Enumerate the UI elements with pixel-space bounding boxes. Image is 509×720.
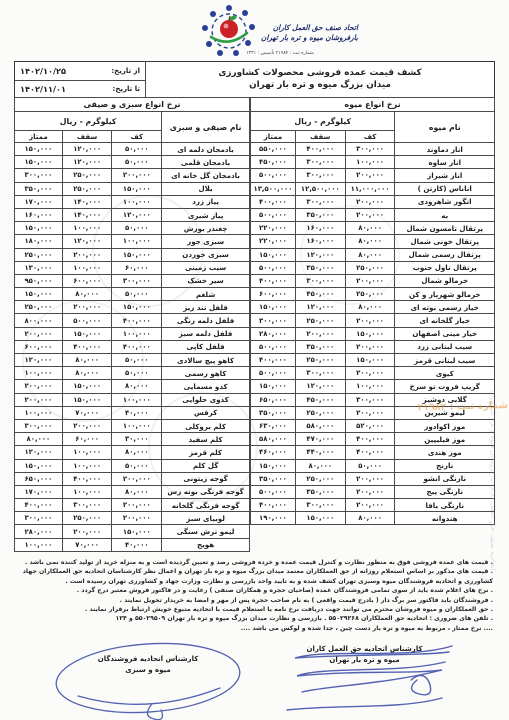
item-name: کلم قرمز xyxy=(162,446,250,459)
item-name: نارنگی پیج xyxy=(395,485,495,498)
table-row: بادمجان گل خانه ای۲۰۰,۰۰۰۲۵۰,۰۰۰۳۰۰,۰۰۰ xyxy=(15,169,250,182)
premium-price: ۴۰۰,۰۰۰ xyxy=(15,499,63,512)
table-row: گریپ فروت تو سرخ۱۰۰,۰۰۰۱۲۰,۰۰۰۱۵۰,۰۰۰ xyxy=(251,380,495,393)
item-name: گوجه زیتونی xyxy=(162,472,250,485)
footnote-line: . حق العملکاران و میوه فروشان محترم می ت… xyxy=(15,605,493,614)
ceiling-price: ۷۰,۰۰۰ xyxy=(62,538,112,551)
ceiling-price: ۳۰۰,۰۰۰ xyxy=(295,499,345,512)
table-row: لوبیای سبز۲۰۰,۰۰۰۲۵۰,۰۰۰۳۰۰,۰۰۰ xyxy=(15,512,250,525)
premium-price: ۲۸۰,۰۰۰ xyxy=(15,525,63,538)
ceiling-price: ۲۰۰,۰۰۰ xyxy=(62,248,112,261)
premium-price: ۵۰۰,۰۰۰ xyxy=(251,367,296,380)
ceiling-price: ۳۵۰,۰۰۰ xyxy=(295,261,345,274)
floor-price: ۱۵۰,۰۰۰ xyxy=(112,182,162,195)
premium-price: ۴۰۰,۰۰۰ xyxy=(251,274,296,287)
ceiling-price: ۱۴۰,۰۰۰ xyxy=(62,208,112,221)
ceiling-price: ۱۲۰,۰۰۰ xyxy=(62,143,112,156)
floor-price: ۲۰۰,۰۰۰ xyxy=(345,340,395,353)
item-name: چغندر بورش xyxy=(162,222,250,235)
ceiling-column-header: سقف xyxy=(62,131,112,143)
floor-price: ۱۵۰,۰۰۰ xyxy=(345,327,395,340)
ceiling-price: ۱۰۰,۰۰۰ xyxy=(62,222,112,235)
premium-price: ۲۰۰,۰۰۰ xyxy=(15,380,63,393)
item-name: نارنگی یافا xyxy=(395,499,495,512)
table-row: نارنگی انشو۲۰۰,۰۰۰۲۵۰,۰۰۰۳۵۰,۰۰۰ xyxy=(251,472,495,485)
premium-price: ۲۰۰,۰۰۰ xyxy=(15,393,63,406)
item-name: خرمالو شهریار و کن xyxy=(395,288,495,301)
union-registration-line: شماره ثبت : ۲۱۹۸۴ تأسیس : ۱۳۳۱ xyxy=(202,51,358,56)
floor-price: ۱۰۰,۰۰۰ xyxy=(112,195,162,208)
ceiling-price: ۱۰۰,۰۰۰ xyxy=(62,261,112,274)
item-name: کاهو رسمی xyxy=(162,367,250,380)
premium-price: ۱۸۰,۰۰۰ xyxy=(15,235,63,248)
floor-price: ۱۰۰,۰۰۰ xyxy=(112,327,162,340)
premium-price: ۶۵۰,۰۰۰ xyxy=(15,472,63,485)
premium-price: ۲۵۰,۰۰۰ xyxy=(15,248,63,261)
item-name: پیاز زرد xyxy=(162,195,250,208)
table-row: کاهو رسمی۵۰,۰۰۰۸۰,۰۰۰۱۰۰,۰۰۰ xyxy=(15,367,250,380)
ceiling-price: ۳۰۰,۰۰۰ xyxy=(62,499,112,512)
floor-price: ۴۰۰,۰۰۰ xyxy=(112,314,162,327)
ceiling-price: ۱۲۰,۰۰۰ xyxy=(62,156,112,169)
to-date-value: ۱۴۰۲/۱۱/۰۱ xyxy=(20,84,66,94)
premium-column-header: ممتاز xyxy=(251,131,296,143)
ceiling-price: ۳۰۰,۰۰۰ xyxy=(295,367,345,380)
signature-scribble xyxy=(48,640,248,720)
unit-header: کیلوگرم - ریال xyxy=(251,112,395,131)
item-name: گوجه فرنگی گلخانه xyxy=(162,499,250,512)
ceiling-price: ۲۵۰,۰۰۰ xyxy=(62,169,112,182)
ceiling-price: ۱۲,۵۰۰,۰۰۰ xyxy=(295,182,345,195)
table-row: انار دماوند۳۰۰,۰۰۰۴۰۰,۰۰۰۵۵۰,۰۰۰ xyxy=(251,143,495,156)
table-row: لیمو ترش سنگی۱۵۰,۰۰۰۲۰۰,۰۰۰۲۸۰,۰۰۰ xyxy=(15,525,250,538)
premium-price: ۱۶۰,۰۰۰ xyxy=(15,208,63,221)
premium-price: ۱۲۰,۰۰۰ xyxy=(15,354,63,367)
item-name: هندوانه xyxy=(395,512,495,525)
ceiling-price: ۲۰۰,۰۰۰ xyxy=(62,301,112,314)
document-header: کشف قیمت عمده فروشی محصولات کشاورزی میدا… xyxy=(14,61,495,98)
premium-price: ۱۵۰,۰۰۰ xyxy=(15,143,63,156)
item-name: لوبیای سبز xyxy=(162,512,250,525)
ceiling-price: ۴۰۰,۰۰۰ xyxy=(62,340,112,353)
date-range: از تاریخ: ۱۴۰۲/۱۰/۲۵ تا تاریخ: ۱۴۰۲/۱۱/۰… xyxy=(15,62,145,97)
premium-price: ۳۰۰,۰۰۰ xyxy=(251,314,296,327)
ceiling-price: ۴۴۰,۰۰۰ xyxy=(295,446,345,459)
from-date-value: ۱۴۰۲/۱۰/۲۵ xyxy=(20,66,66,76)
ceiling-price: ۲۵۰,۰۰۰ xyxy=(295,354,345,367)
table-row: انگور شاهرودی۲۰۰,۰۰۰۳۰۰,۰۰۰۴۰۰,۰۰۰ xyxy=(251,195,495,208)
floor-price: ۴۰,۰۰۰ xyxy=(112,406,162,419)
to-date-row: تا تاریخ: ۱۴۰۲/۱۱/۰۱ xyxy=(15,80,145,98)
floor-price: ۲۰۰,۰۰۰ xyxy=(345,274,395,287)
floor-price: ۵۰,۰۰۰ xyxy=(345,459,395,472)
floor-price: ۴۰,۰۰۰ xyxy=(112,538,162,551)
floor-price: ۳۰۰,۰۰۰ xyxy=(112,274,162,287)
table-row: گلابی دوشیز۳۰۰,۰۰۰۴۵۰,۰۰۰۶۵۰,۰۰۰ xyxy=(251,393,495,406)
floor-price: ۱۵۰,۰۰۰ xyxy=(112,525,162,538)
premium-price: ۵۸۰,۰۰۰ xyxy=(251,433,296,446)
item-name: خیار رسمی بوته ای xyxy=(395,301,495,314)
floor-price: ۲۰۰,۰۰۰ xyxy=(112,169,162,182)
item-name: کدو مسمایی xyxy=(162,380,250,393)
premium-price: ۱۹۰,۰۰۰ xyxy=(251,512,296,525)
footnote-line: . تلفن های ضروری : اتحادیه حق العملکاران… xyxy=(15,614,493,623)
item-name: پرتقال رسمی شمال xyxy=(395,248,495,261)
floor-price: ۱۲۰,۰۰۰ xyxy=(112,208,162,221)
table-row: گوجه فرنگی بوته رس۸۰,۰۰۰۱۰۰,۰۰۰۱۷۰,۰۰۰ xyxy=(15,485,250,498)
item-name: نارنگی انشو xyxy=(395,472,495,485)
floor-price: ۴۰۰,۰۰۰ xyxy=(112,340,162,353)
signature-title-line1: کارشناس اتحادیه فروشندگان xyxy=(48,654,248,665)
item-name: گریپ فروت تو سرخ xyxy=(395,380,495,393)
ceiling-price: ۱۰۰,۰۰۰ xyxy=(62,446,112,459)
floor-column-header: کف xyxy=(345,131,395,143)
floor-price: ۲۰۰,۰۰۰ xyxy=(345,367,395,380)
ceiling-price: ۲۰۰,۰۰۰ xyxy=(62,419,112,432)
ceiling-price: ۳۰۰,۰۰۰ xyxy=(295,195,345,208)
floor-price: ۲۰۰,۰۰۰ xyxy=(345,499,395,512)
item-name: موز فیلیپین xyxy=(395,433,495,446)
ceiling-price: ۴۵۰,۰۰۰ xyxy=(295,288,345,301)
floor-price: ۳۰,۰۰۰ xyxy=(112,433,162,446)
item-name: پرتقال تامسون شمال xyxy=(395,222,495,235)
section-title: نرخ انواع میوه xyxy=(251,98,495,112)
table-row: شلغم۵۰,۰۰۰۸۰,۰۰۰۱۵۰,۰۰۰ xyxy=(15,288,250,301)
item-name: به xyxy=(395,208,495,221)
ceiling-price: ۸۰,۰۰۰ xyxy=(295,459,345,472)
item-name: فلفل کاپی xyxy=(162,340,250,353)
floor-price: ۲۰۰,۰۰۰ xyxy=(345,208,395,221)
floor-price: ۱۰۰,۰۰۰ xyxy=(112,235,162,248)
premium-price: ۵۰۰,۰۰۰ xyxy=(251,485,296,498)
item-name: بادمجان قلمی xyxy=(162,156,250,169)
floor-price: ۱۰۰,۰۰۰ xyxy=(345,156,395,169)
table-row: کدوی حلوایی۱۰۰,۰۰۰۱۵۰,۰۰۰۲۰۰,۰۰۰ xyxy=(15,393,250,406)
table-row: پرتقال تامسون شمال۸۰,۰۰۰۱۶۰,۰۰۰۲۲۰,۰۰۰ xyxy=(251,222,495,235)
table-row: پیاز شیری۱۲۰,۰۰۰۱۴۰,۰۰۰۱۶۰,۰۰۰ xyxy=(15,208,250,221)
floor-price: ۱۰۰,۰۰۰ xyxy=(112,419,162,432)
title-line1: کشف قیمت عمده فروشی محصولات کشاورزی xyxy=(218,68,421,80)
table-row: پرتقال ناول جنوب۲۵۰,۰۰۰۳۵۰,۰۰۰۵۰۰,۰۰۰ xyxy=(251,261,495,274)
premium-price: ۲۰۰,۰۰۰ xyxy=(15,327,63,340)
premium-price: ۱۵۰,۰۰۰ xyxy=(15,222,63,235)
unit-header: کیلوگرم - ریال xyxy=(15,112,162,131)
ceiling-price: ۳۵۰,۰۰۰ xyxy=(295,340,345,353)
premium-price: ۱۳,۵۰۰,۰۰۰ xyxy=(251,182,296,195)
item-name: اناناس (کارتن ) xyxy=(395,182,495,195)
item-name: بادمجان دلمه ای xyxy=(162,143,250,156)
table-row: بادمجان قلمی۵۰,۰۰۰۱۲۰,۰۰۰۱۵۰,۰۰۰ xyxy=(15,156,250,169)
ceiling-price: ۴۵۰,۰۰۰ xyxy=(295,393,345,406)
premium-price: ۵۰۰,۰۰۰ xyxy=(251,340,296,353)
floor-price: ۱۰۰,۰۰۰ xyxy=(112,393,162,406)
union-name-line1: اتحاد صنف حق العمل کاران xyxy=(261,23,358,33)
item-name: سبزی خوردن xyxy=(162,248,250,261)
ceiling-price: ۶۰۰,۰۰۰ xyxy=(62,274,112,287)
item-name: انار ساوه xyxy=(395,156,495,169)
floor-price: ۲۵۰,۰۰۰ xyxy=(345,261,395,274)
premium-price: ۶۰۰,۰۰۰ xyxy=(15,340,63,353)
floor-price: ۵۰,۰۰۰ xyxy=(112,459,162,472)
ceiling-price: ۱۲۰,۰۰۰ xyxy=(295,301,345,314)
signature-title-line2: میوه و سبزی xyxy=(48,665,248,676)
floor-price: ۵۰,۰۰۰ xyxy=(112,354,162,367)
table-row: هویج۴۰,۰۰۰۷۰,۰۰۰۱۰۰,۰۰۰ xyxy=(15,538,250,551)
from-date-row: از تاریخ: ۱۴۰۲/۱۰/۲۵ xyxy=(15,62,145,80)
premium-price: ۲۵۰,۰۰۰ xyxy=(15,301,63,314)
table-row: سیر خشک۳۰۰,۰۰۰۶۰۰,۰۰۰۹۵۰,۰۰۰ xyxy=(15,274,250,287)
item-name: کدوی حلوایی xyxy=(162,393,250,406)
ceiling-price: ۱۲۰,۰۰۰ xyxy=(295,248,345,261)
footnote-line: . قیمت های عمده فروشی فوق به منظور نظارت… xyxy=(15,558,493,567)
table-row: به۲۰۰,۰۰۰۳۵۰,۰۰۰۵۰۰,۰۰۰ xyxy=(251,208,495,221)
premium-price: ۱۷۰,۰۰۰ xyxy=(15,195,63,208)
item-name: فلفل تند ریز xyxy=(162,301,250,314)
floor-price: ۳۰۰,۰۰۰ xyxy=(345,393,395,406)
union-name-line2: بارفروشان میوه و تره بار تهران xyxy=(261,33,358,43)
table-row: انار شیراز۲۰۰,۰۰۰۳۰۰,۰۰۰۵۰۰,۰۰۰ xyxy=(251,169,495,182)
table-row: فلفل کاپی۴۰۰,۰۰۰۴۰۰,۰۰۰۶۰۰,۰۰۰ xyxy=(15,340,250,353)
ceiling-price: ۱۶۰,۰۰۰ xyxy=(295,222,345,235)
ceiling-price: ۴۰۰,۰۰۰ xyxy=(62,472,112,485)
premium-price: ۱۰۰,۰۰۰ xyxy=(15,538,63,551)
item-name: موز اکوادور xyxy=(395,419,495,432)
ceiling-price: ۱۲۰,۰۰۰ xyxy=(62,235,112,248)
premium-price: ۴۰۰,۰۰۰ xyxy=(251,195,296,208)
ceiling-price: ۱۵۰,۰۰۰ xyxy=(62,327,112,340)
vegetable-price-table: نرخ انواع سبزی و صیفینام صیفی و سبزیکیلو… xyxy=(14,97,250,552)
ceiling-price: ۱۴۰,۰۰۰ xyxy=(62,195,112,208)
item-name: پیاز شیری xyxy=(162,208,250,221)
table-row: نارنگی پیج۲۰۰,۰۰۰۳۵۰,۰۰۰۵۰۰,۰۰۰ xyxy=(251,485,495,498)
table-row: گوجه فرنگی گلخانه۲۰۰,۰۰۰۳۰۰,۰۰۰۴۰۰,۰۰۰ xyxy=(15,499,250,512)
item-name: سبزی جور xyxy=(162,235,250,248)
item-name: فلفل دلمه سبز xyxy=(162,327,250,340)
premium-price: ۱۲۰,۰۰۰ xyxy=(15,446,63,459)
table-row: بادمجان دلمه ای۵۰,۰۰۰۱۲۰,۰۰۰۱۵۰,۰۰۰ xyxy=(15,143,250,156)
ceiling-price: ۳۵۰,۰۰۰ xyxy=(295,208,345,221)
floor-price: ۸۰,۰۰۰ xyxy=(345,235,395,248)
floor-price: ۲۰۰,۰۰۰ xyxy=(112,499,162,512)
ceiling-price: ۴۷۰,۰۰۰ xyxy=(295,433,345,446)
ceiling-price: ۵۸۰,۰۰۰ xyxy=(295,419,345,432)
premium-price: ۵۰۰,۰۰۰ xyxy=(251,208,296,221)
footnote-line: .... نرخ ممتاز ، مربوط به میوه و تره بار… xyxy=(15,624,493,633)
premium-price: ۴۰۰,۰۰۰ xyxy=(251,354,296,367)
footnotes: . قیمت های عمده فروشی فوق به منظور نظارت… xyxy=(15,558,493,633)
name-column-header: نام صیفی و سبزی xyxy=(162,112,250,143)
table-row: گوجه زیتونی۲۰۰,۰۰۰۴۰۰,۰۰۰۶۵۰,۰۰۰ xyxy=(15,472,250,485)
premium-price: ۱۵۰,۰۰۰ xyxy=(15,156,63,169)
table-row: سبزی خوردن۱۵۰,۰۰۰۲۰۰,۰۰۰۲۵۰,۰۰۰ xyxy=(15,248,250,261)
item-name: انگور شاهرودی xyxy=(395,195,495,208)
table-row: خیار مینی اصفهان۱۵۰,۰۰۰۲۰۰,۰۰۰۲۸۰,۰۰۰ xyxy=(251,327,495,340)
premium-price: ۴۶۰,۰۰۰ xyxy=(251,446,296,459)
floor-price: ۴۰۰,۰۰۰ xyxy=(345,446,395,459)
item-name: گلابی دوشیز xyxy=(395,393,495,406)
ceiling-price: ۱۰۰,۰۰۰ xyxy=(62,459,112,472)
table-row: هندوانه۸۰,۰۰۰۱۵۰,۰۰۰۱۹۰,۰۰۰ xyxy=(251,512,495,525)
footnote-line: . قیمت های مذکور بر اساس استعلام روزانه … xyxy=(15,567,493,586)
item-name: شلغم xyxy=(162,288,250,301)
table-row: موز هندی۴۰۰,۰۰۰۴۴۰,۰۰۰۴۶۰,۰۰۰ xyxy=(251,446,495,459)
table-row: فلفل دلمه رنگی۴۰۰,۰۰۰۵۰۰,۰۰۰۸۰۰,۰۰۰ xyxy=(15,314,250,327)
ceiling-price: ۵۰۰,۰۰۰ xyxy=(62,314,112,327)
floor-price: ۸۰,۰۰۰ xyxy=(345,301,395,314)
item-name: انار دماوند xyxy=(395,143,495,156)
premium-price: ۱۰۰,۰۰۰ xyxy=(15,367,63,380)
premium-price: ۲۲۰,۰۰۰ xyxy=(251,222,296,235)
premium-price: ۳۵۰,۰۰۰ xyxy=(251,406,296,419)
table-row: لیمو شیرین۲۰۰,۰۰۰۲۵۰,۰۰۰۳۵۰,۰۰۰ xyxy=(251,406,495,419)
ceiling-price: ۳۰۰,۰۰۰ xyxy=(295,274,345,287)
fruit-price-table: نرخ انواع میوهنام میوهکیلوگرم - ریالکفسق… xyxy=(250,97,495,525)
footnote-line: . فروشندگان باید فاکتور سر برگ دار ( باد… xyxy=(15,596,493,605)
ceiling-price: ۸۰,۰۰۰ xyxy=(62,367,112,380)
item-name: کرفس xyxy=(162,406,250,419)
premium-price: ۸۰,۰۰۰ xyxy=(15,433,63,446)
floor-price: ۲۰۰,۰۰۰ xyxy=(345,195,395,208)
premium-price: ۹۵۰,۰۰۰ xyxy=(15,274,63,287)
signature-title-line2: میوه و تره بار تهران xyxy=(252,655,477,666)
premium-price: ۱۵۰,۰۰۰ xyxy=(15,459,63,472)
title-line2: میدان بزرگ میوه و تره بار تهران xyxy=(249,80,391,92)
to-date-label: تا تاریخ: xyxy=(113,85,140,93)
table-row: سیب زمینی۶۰,۰۰۰۱۰۰,۰۰۰۱۳۰,۰۰۰ xyxy=(15,261,250,274)
document-title: کشف قیمت عمده فروشی محصولات کشاورزی میدا… xyxy=(145,62,494,97)
premium-price: ۵۰۰,۰۰۰ xyxy=(251,169,296,182)
floor-price: ۱۵۰,۰۰۰ xyxy=(345,354,395,367)
item-name: گوجه فرنگی بوته رس xyxy=(162,485,250,498)
table-row: موز اکوادور۵۲۰,۰۰۰۵۸۰,۰۰۰۶۳۰,۰۰۰ xyxy=(251,419,495,432)
premium-price: ۲۲۰,۰۰۰ xyxy=(251,235,296,248)
table-row: سیب لبنانی قرمز۱۵۰,۰۰۰۲۵۰,۰۰۰۴۰۰,۰۰۰ xyxy=(251,354,495,367)
table-row: کیوی۲۰۰,۰۰۰۳۰۰,۰۰۰۵۰۰,۰۰۰ xyxy=(251,367,495,380)
floor-price: ۸۰,۰۰۰ xyxy=(112,446,162,459)
floor-column-header: کف xyxy=(112,131,162,143)
premium-price: ۳۰۰,۰۰۰ xyxy=(15,512,63,525)
item-name: سیر خشک xyxy=(162,274,250,287)
premium-price: ۴۰۰,۰۰۰ xyxy=(251,499,296,512)
premium-column-header: ممتاز xyxy=(15,131,63,143)
floor-price: ۱۵۰,۰۰۰ xyxy=(112,248,162,261)
ceiling-column-header: سقف xyxy=(295,131,345,143)
table-row: انار ساوه۱۰۰,۰۰۰۳۰۰,۰۰۰۴۵۰,۰۰۰ xyxy=(251,156,495,169)
signature-block-sellers-union: کارشناس اتحادیه فروشندگان میوه و سبزی xyxy=(48,654,248,676)
floor-price: ۸۰,۰۰۰ xyxy=(112,380,162,393)
floor-price: ۲۰۰,۰۰۰ xyxy=(345,406,395,419)
table-row: خیار رسمی بوته ای۸۰,۰۰۰۱۲۰,۰۰۰۱۵۰,۰۰۰ xyxy=(251,301,495,314)
table-row: خرمالو شهریار و کن۲۵۰,۰۰۰۴۵۰,۰۰۰۶۰۰,۰۰۰ xyxy=(251,288,495,301)
ceiling-price: ۱۵۰,۰۰۰ xyxy=(62,393,112,406)
footnote-line: . نرخ های اعلام شده باید از سوی تمامی فر… xyxy=(15,586,493,595)
item-name: سیب لبنانی زرد xyxy=(395,340,495,353)
ceiling-price: ۲۵۰,۰۰۰ xyxy=(62,512,112,525)
ceiling-price: ۳۰۰,۰۰۰ xyxy=(295,169,345,182)
floor-price: ۸۰,۰۰۰ xyxy=(345,248,395,261)
ceiling-price: ۱۵۰,۰۰۰ xyxy=(62,380,112,393)
premium-price: ۴۵۰,۰۰۰ xyxy=(251,156,296,169)
premium-price: ۶۵۰,۰۰۰ xyxy=(251,393,296,406)
ceiling-price: ۳۵۰,۰۰۰ xyxy=(295,485,345,498)
table-row: فلفل دلمه سبز۱۰۰,۰۰۰۱۵۰,۰۰۰۲۰۰,۰۰۰ xyxy=(15,327,250,340)
floor-price: ۲۰۰,۰۰۰ xyxy=(112,472,162,485)
floor-price: ۵۰,۰۰۰ xyxy=(112,288,162,301)
table-row: گل کلم۵۰,۰۰۰۱۰۰,۰۰۰۱۵۰,۰۰۰ xyxy=(15,459,250,472)
item-name: کلم بروکلی xyxy=(162,419,250,432)
section-title: نرخ انواع سبزی و صیفی xyxy=(15,98,250,112)
premium-price: ۱۳۰,۰۰۰ xyxy=(15,261,63,274)
premium-price: ۱۵۰,۰۰۰ xyxy=(251,301,296,314)
name-column-header: نام میوه xyxy=(395,112,495,143)
floor-price: ۲۰۰,۰۰۰ xyxy=(345,485,395,498)
premium-price: ۳۵۰,۰۰۰ xyxy=(251,472,296,485)
item-name: هویج xyxy=(162,538,250,551)
floor-price: ۶۰,۰۰۰ xyxy=(112,261,162,274)
table-row: پرتقال خونی شمال۸۰,۰۰۰۱۶۰,۰۰۰۲۲۰,۰۰۰ xyxy=(251,235,495,248)
item-name: خیار گلخانه ای xyxy=(395,314,495,327)
table-row: چغندر بورش۵۰,۰۰۰۱۰۰,۰۰۰۱۵۰,۰۰۰ xyxy=(15,222,250,235)
ceiling-price: ۲۰۰,۰۰۰ xyxy=(62,525,112,538)
item-name: بلال xyxy=(162,182,250,195)
table-row: کاهو پیچ سالادی۵۰,۰۰۰۸۰,۰۰۰۱۲۰,۰۰۰ xyxy=(15,354,250,367)
item-name: بادمجان گل خانه ای xyxy=(162,169,250,182)
premium-price: ۳۰۰,۰۰۰ xyxy=(15,169,63,182)
item-name: سیب لبنانی قرمز xyxy=(395,354,495,367)
item-name: پرتقال خونی شمال xyxy=(395,235,495,248)
item-name: کاهو پیچ سالادی xyxy=(162,354,250,367)
item-name: فلفل دلمه رنگی xyxy=(162,314,250,327)
table-row: اناناس (کارتن )۱۱,۰۰۰,۰۰۰۱۲,۵۰۰,۰۰۰۱۳,۵۰… xyxy=(251,182,495,195)
floor-price: ۲۰۰,۰۰۰ xyxy=(345,472,395,485)
ceiling-price: ۲۰۰,۰۰۰ xyxy=(295,327,345,340)
item-name: نارنج xyxy=(395,459,495,472)
item-name: لیمو ترش سنگی xyxy=(162,525,250,538)
premium-price: ۵۵۰,۰۰۰ xyxy=(251,143,296,156)
premium-price: ۱۵۰,۰۰۰ xyxy=(251,459,296,472)
table-row: نارنج۵۰,۰۰۰۸۰,۰۰۰۱۵۰,۰۰۰ xyxy=(251,459,495,472)
table-row: کلم بروکلی۱۰۰,۰۰۰۲۰۰,۰۰۰۳۰۰,۰۰۰ xyxy=(15,419,250,432)
floor-price: ۸۰,۰۰۰ xyxy=(112,485,162,498)
table-row: خیار گلخانه ای۲۰۰,۰۰۰۲۵۰,۰۰۰۳۰۰,۰۰۰ xyxy=(251,314,495,327)
ceiling-price: ۲۵۰,۰۰۰ xyxy=(295,472,345,485)
item-name: کلم سفید xyxy=(162,433,250,446)
ceiling-price: ۶۰,۰۰۰ xyxy=(62,433,112,446)
premium-price: ۸۰۰,۰۰۰ xyxy=(15,314,63,327)
table-row: کرفس۴۰,۰۰۰۷۰,۰۰۰۱۰۰,۰۰۰ xyxy=(15,406,250,419)
item-name: لیمو شیرین xyxy=(395,406,495,419)
item-name: گل کلم xyxy=(162,459,250,472)
item-name: انار شیراز xyxy=(395,169,495,182)
item-name: پرتقال ناول جنوب xyxy=(395,261,495,274)
signature-title-line1: کارشناس اتحادیه حق العمل کاران xyxy=(252,644,477,655)
ceiling-price: ۴۰۰,۰۰۰ xyxy=(295,143,345,156)
item-name: خیار مینی اصفهان xyxy=(395,327,495,340)
table-row: موز فیلیپین۴۰۰,۰۰۰۴۷۰,۰۰۰۵۸۰,۰۰۰ xyxy=(251,433,495,446)
floor-price: ۵۲۰,۰۰۰ xyxy=(345,419,395,432)
item-name: موز هندی xyxy=(395,446,495,459)
ceiling-price: ۱۲۰,۰۰۰ xyxy=(295,380,345,393)
premium-price: ۳۰۰,۰۰۰ xyxy=(15,419,63,432)
table-row: کلم سفید۳۰,۰۰۰۶۰,۰۰۰۸۰,۰۰۰ xyxy=(15,433,250,446)
table-row: کلم قرمز۸۰,۰۰۰۱۰۰,۰۰۰۱۲۰,۰۰۰ xyxy=(15,446,250,459)
premium-price: ۶۳۰,۰۰۰ xyxy=(251,419,296,432)
floor-price: ۲۰۰,۰۰۰ xyxy=(112,512,162,525)
table-row: بلال۱۵۰,۰۰۰۲۵۰,۰۰۰۳۵۰,۰۰۰ xyxy=(15,182,250,195)
premium-price: ۳۵۰,۰۰۰ xyxy=(15,182,63,195)
premium-price: ۱۵۰,۰۰۰ xyxy=(251,248,296,261)
scanned-price-list-document: اتحاد صنف حق العمل کاران بارفروشان میوه … xyxy=(0,0,509,720)
